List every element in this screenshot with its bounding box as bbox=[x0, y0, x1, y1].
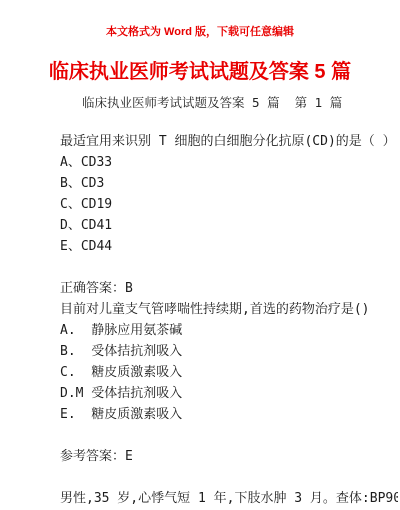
header-notice: 本文格式为 Word 版，下载可任意编辑 bbox=[0, 25, 400, 39]
question-1-stem: 最适宜用来识别 T 细胞的白细胞分化抗原(CD)的是（ ） bbox=[60, 131, 398, 152]
question-1-answer: 正确答案：B bbox=[60, 278, 398, 299]
question-1-option-e: E、CD44 bbox=[60, 236, 398, 257]
blank-line bbox=[60, 425, 398, 446]
question-1-option-a: A、CD33 bbox=[60, 152, 398, 173]
question-2-option-a: A. 静脉应用氨茶碱 bbox=[60, 320, 398, 341]
document-subtitle: 临床执业医师考试试题及答案 5 篇 第 1 篇 bbox=[0, 95, 400, 111]
question-1-option-b: B、CD3 bbox=[60, 173, 398, 194]
question-1-option-c: C、CD19 bbox=[60, 194, 398, 215]
document-body: 最适宜用来识别 T 细胞的白细胞分化抗原(CD)的是（ ） A、CD33 B、C… bbox=[0, 131, 400, 509]
question-2-answer: 参考答案：E bbox=[60, 446, 398, 467]
question-2-option-d: D.M 受体拮抗剂吸入 bbox=[60, 383, 398, 404]
question-2-option-e: E. 糖皮质激素吸入 bbox=[60, 404, 398, 425]
question-2-option-c: C. 糖皮质激素吸入 bbox=[60, 362, 398, 383]
question-1-option-d: D、CD41 bbox=[60, 215, 398, 236]
document-title: 临床执业医师考试试题及答案 5 篇 bbox=[0, 60, 400, 85]
blank-line bbox=[60, 257, 398, 278]
question-2-stem: 目前对儿童支气管哮喘性持续期,首选的药物治疗是() bbox=[60, 299, 398, 320]
blank-line bbox=[60, 467, 398, 488]
question-2-option-b: B. 受体拮抗剂吸入 bbox=[60, 341, 398, 362]
word-document-page: 本文格式为 Word 版，下载可任意编辑 临床执业医师考试试题及答案 5 篇 临… bbox=[0, 0, 400, 510]
question-3-case-intro: 男性,35 岁,心悸气短 1 年,下肢水肿 3 月。查体:BP90/60mmHg… bbox=[60, 488, 398, 509]
